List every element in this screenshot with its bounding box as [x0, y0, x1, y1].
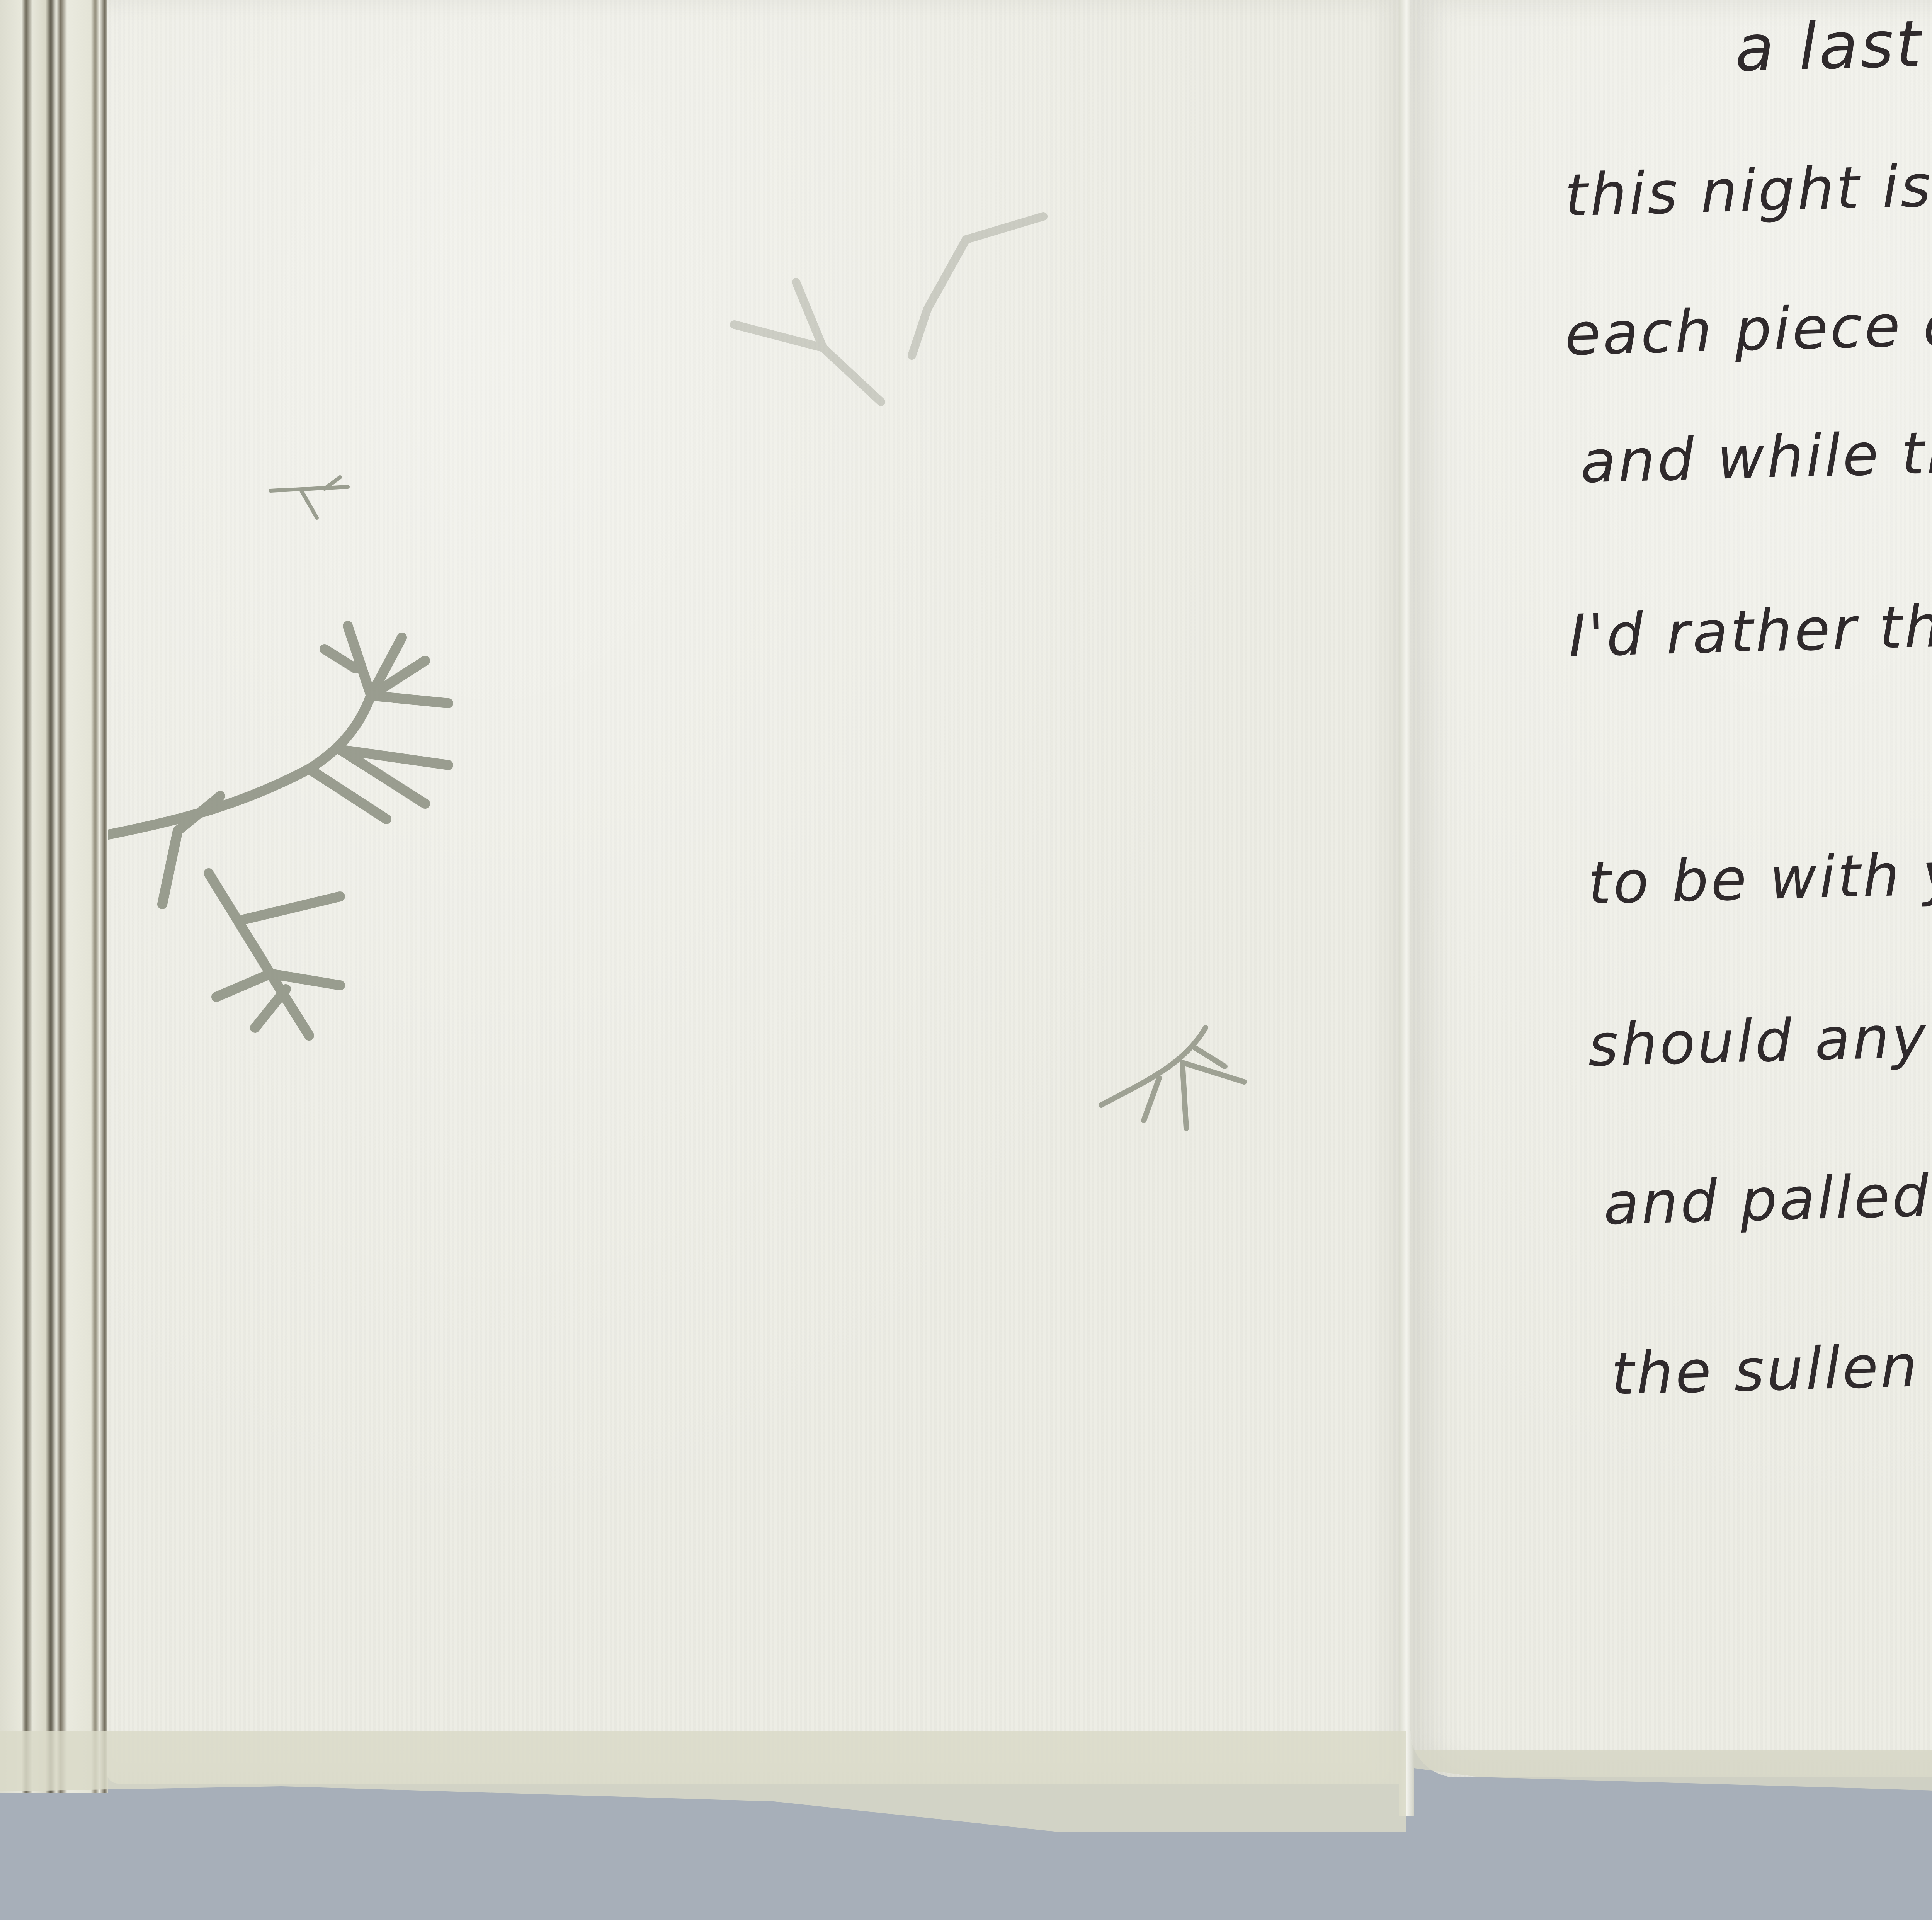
- pressed-fern-large-icon: [108, 603, 495, 1047]
- right-page-bottom-edge: [1414, 1750, 1932, 1839]
- right-page: [1410, 0, 1932, 1777]
- left-page-bottom-edge: [0, 1731, 1406, 1832]
- pressed-sprig-tiny-icon: [267, 475, 352, 522]
- page-stack-edge: [0, 0, 108, 1793]
- pressed-fern-small-icon: [1097, 1005, 1260, 1136]
- pressed-fern-faint-top-icon: [696, 193, 1063, 425]
